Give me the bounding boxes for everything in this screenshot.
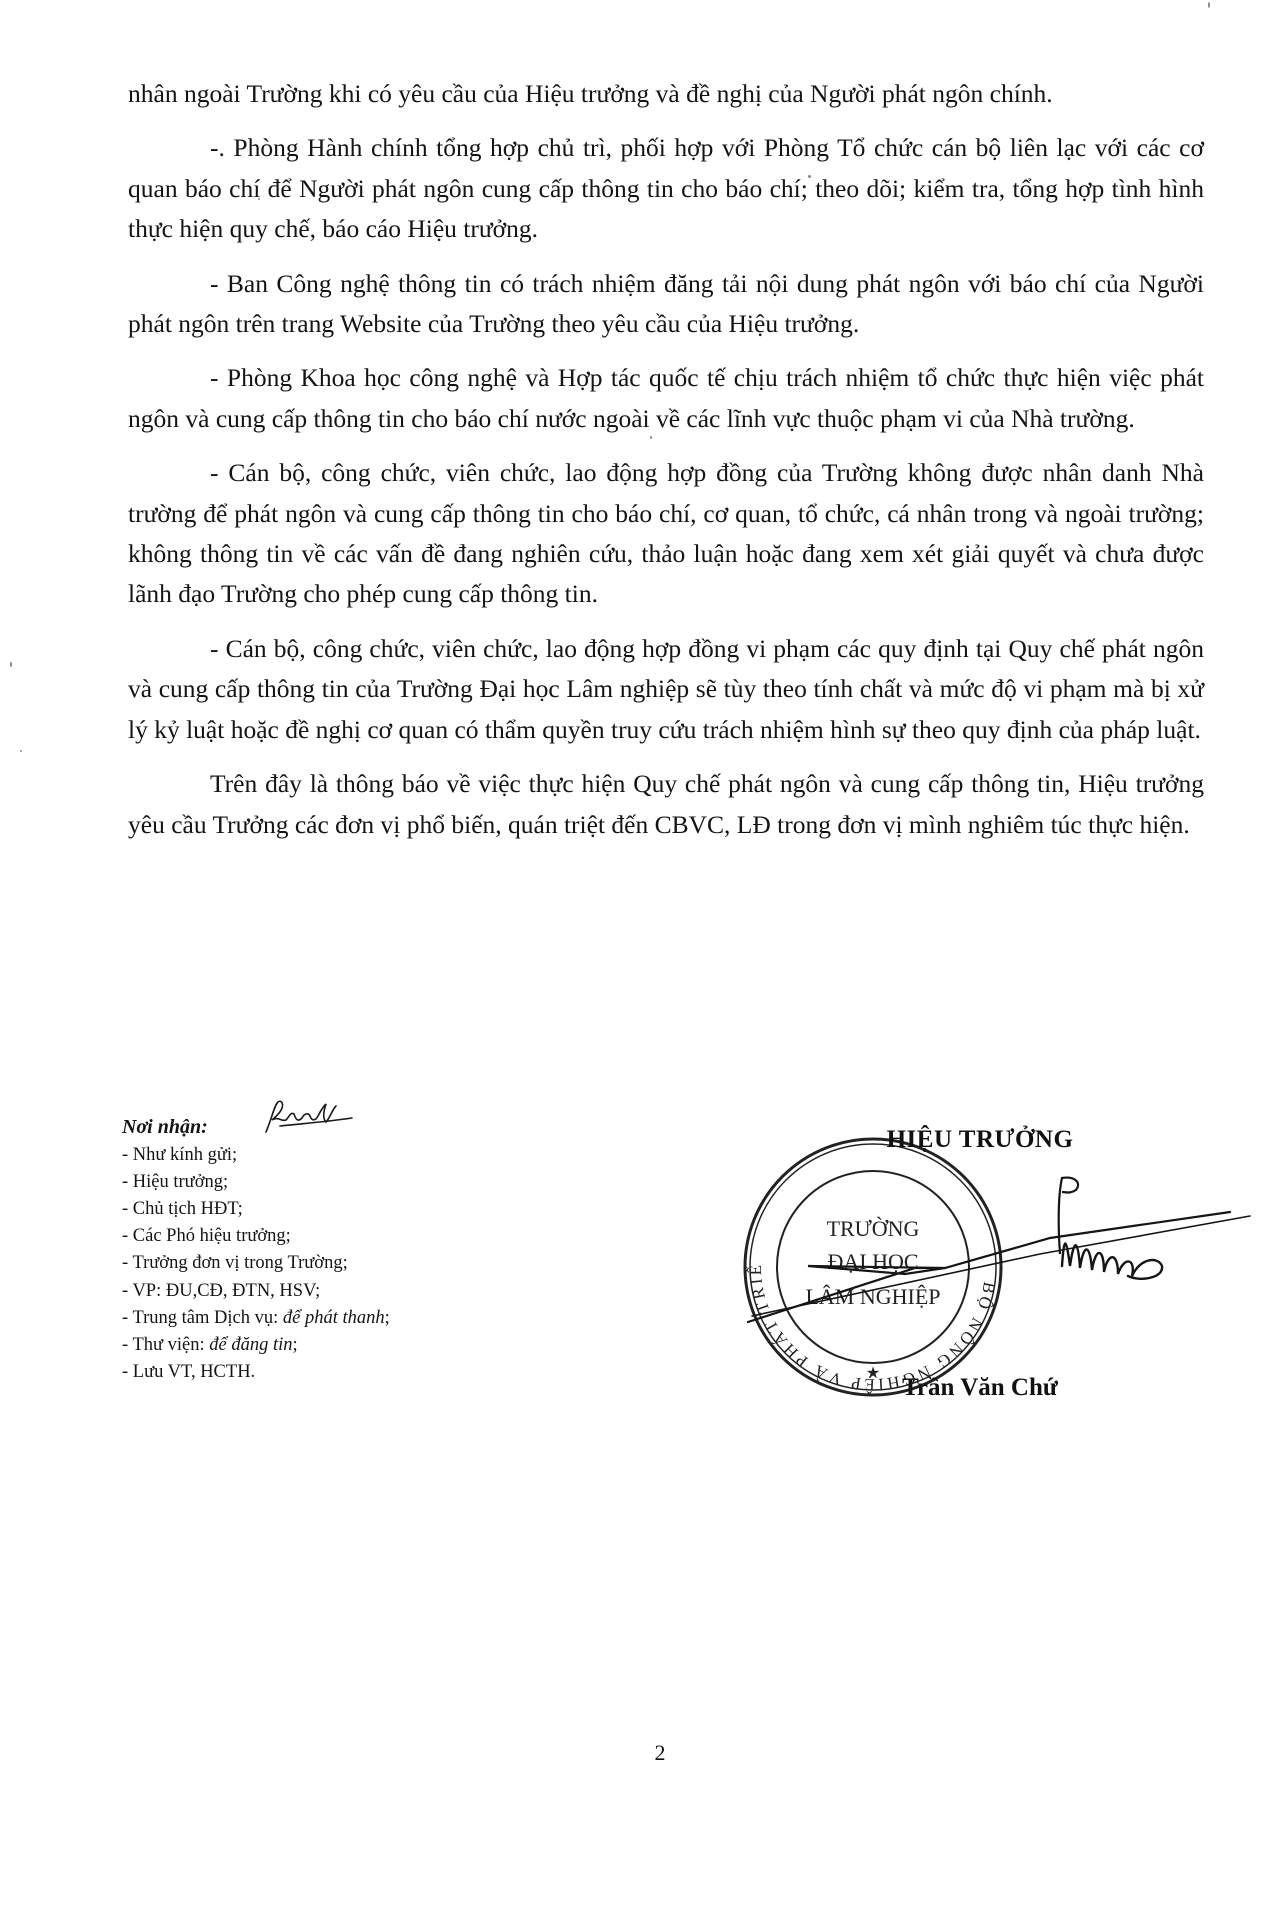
initials-signature-icon: [260, 1098, 355, 1138]
body-paragraph: - Ban Công nghệ thông tin có trách nhiệm…: [128, 264, 1204, 345]
recipient-item: - Lưu VT, HCTH.: [122, 1359, 602, 1386]
document-page: nhân ngoài Trường khi có yêu cầu của Hiệ…: [0, 0, 1280, 1908]
recipients-heading: Nơi nhận:: [122, 1114, 208, 1141]
recipient-item: - Chủ tịch HĐT;: [122, 1196, 602, 1223]
recipient-item: - VP: ĐU,CĐ, ĐTN, HSV;: [122, 1278, 602, 1305]
signer-name: Trần Văn Chứ: [850, 1374, 1110, 1402]
signature-block: BỘ NÔNG NGHIỆP VÀ PHÁT TRIỂN NÔNG THÔN T…: [740, 1126, 1280, 1426]
recipient-item: - Thư viện: để đăng tin;: [122, 1332, 602, 1359]
recipients-block: Nơi nhận: - Như kính gửi;- Hiệu trưởng;-…: [122, 1114, 602, 1386]
recipient-item: - Hiệu trưởng;: [122, 1169, 602, 1196]
recipient-item: - Các Phó hiệu trưởng;: [122, 1223, 602, 1250]
recipient-item: - Trung tâm Dịch vụ: để phát thanh;: [122, 1305, 602, 1332]
scan-speck: [650, 436, 652, 439]
scan-speck: [258, 198, 260, 200]
scan-speck: [808, 175, 811, 178]
body-paragraph: - Cán bộ, công chức, viên chức, lao động…: [128, 629, 1204, 750]
body-paragraph: Trên đây là thông báo về việc thực hiện …: [128, 764, 1204, 845]
scan-speck: [20, 750, 22, 752]
svg-text:TRƯỜNG: TRƯỜNG: [827, 1216, 920, 1241]
body-paragraph: nhân ngoài Trường khi có yêu cầu của Hiệ…: [128, 74, 1204, 114]
body-paragraph: - Cán bộ, công chức, viên chức, lao động…: [128, 453, 1204, 615]
recipient-item: - Trưởng đơn vị trong Trường;: [122, 1250, 602, 1277]
page-number: 2: [620, 1740, 700, 1766]
document-body: nhân ngoài Trường khi có yêu cầu của Hiệ…: [128, 74, 1204, 859]
body-paragraph: -. Phòng Hành chính tổng hợp chủ trì, ph…: [128, 128, 1204, 249]
scan-speck: [10, 662, 12, 667]
recipient-item: - Như kính gửi;: [122, 1142, 602, 1169]
signer-title: HIỆU TRƯỞNG: [850, 1126, 1110, 1154]
scan-speck: [1208, 2, 1210, 8]
body-paragraph: - Phòng Khoa học công nghệ và Hợp tác qu…: [128, 358, 1204, 439]
